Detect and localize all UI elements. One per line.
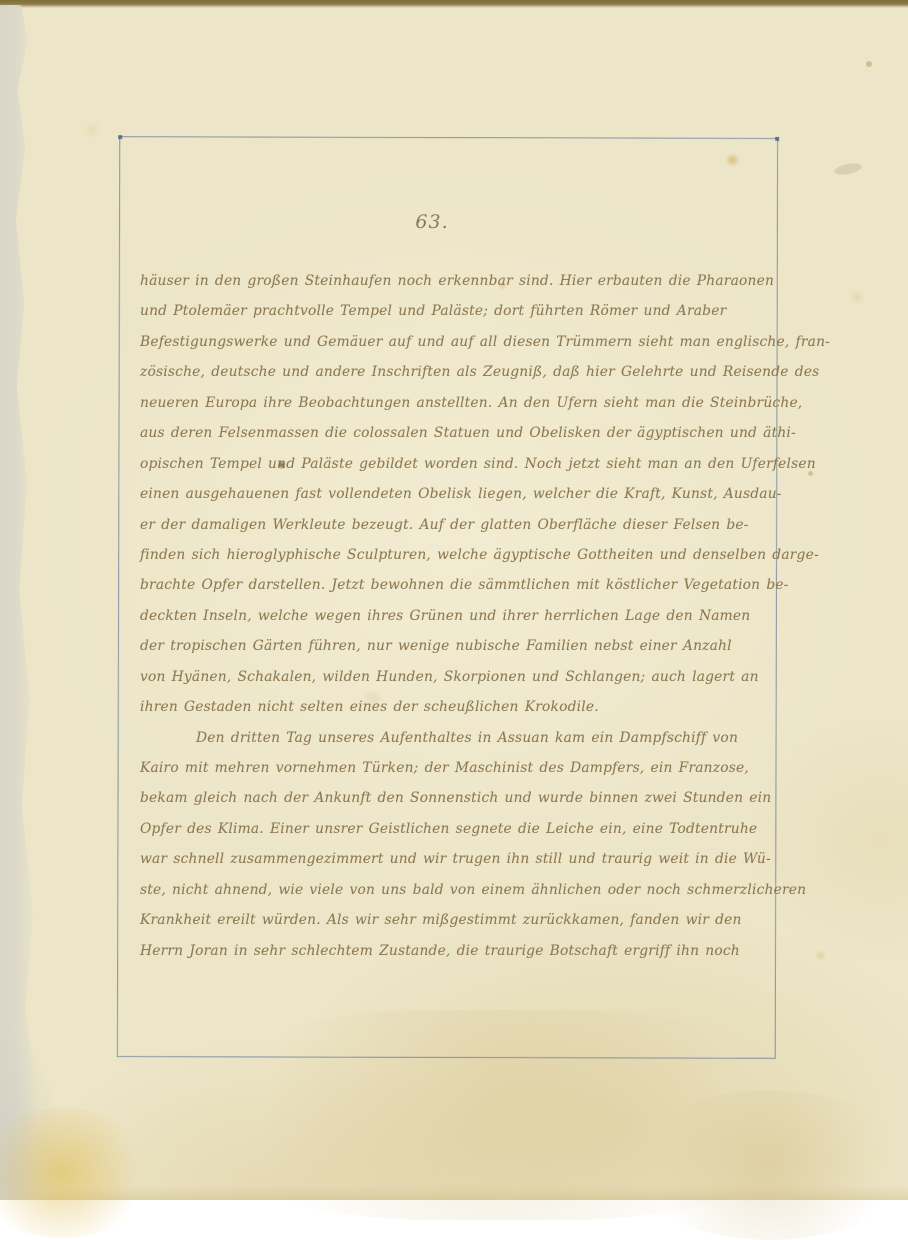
manuscript-line: häuser in den großen Steinhaufen noch er… xyxy=(140,266,768,296)
manuscript-line: Krankheit ereilt würden. Als wir sehr mi… xyxy=(140,905,768,935)
manuscript-line: opischen Tempel und Paläste gebildet wor… xyxy=(140,449,768,479)
manuscript-line: von Hyänen, Schakalen, wilden Hunden, Sk… xyxy=(140,662,768,692)
manuscript-line: und Ptolemäer prachtvolle Tempel und Pal… xyxy=(140,296,768,326)
manuscript-line: war schnell zusammengezimmert und wir tr… xyxy=(140,844,768,874)
aging-stain xyxy=(630,1090,908,1200)
manuscript-line: brachte Opfer darstellen. Jetzt bewohnen… xyxy=(140,570,768,600)
manuscript-line: ste, nicht ahnend, wie viele von uns bal… xyxy=(140,875,768,905)
manuscript-line: Opfer des Klima. Einer unsrer Geistliche… xyxy=(140,814,768,844)
page-number: 63. xyxy=(118,211,746,233)
manuscript-line: er der damaligen Werkleute bezeugt. Auf … xyxy=(140,510,768,540)
paragraph-2: Den dritten Tag unseres Aufenthaltes in … xyxy=(140,723,768,967)
manuscript-line: Herrn Joran in sehr schlechtem Zustande,… xyxy=(140,936,768,966)
handwritten-text-block: häuser in den großen Steinhaufen noch er… xyxy=(140,266,768,966)
foxing-spot xyxy=(82,122,102,138)
manuscript-line: aus deren Felsenmassen die colossalen St… xyxy=(140,418,768,448)
manuscript-line: zösische, deutsche und andere Inschrifte… xyxy=(140,357,768,387)
manuscript-line: der tropischen Gärten führen, nur wenige… xyxy=(140,631,768,661)
foxing-spot xyxy=(866,61,872,67)
manuscript-line: Kairo mit mehren vornehmen Türken; der M… xyxy=(140,753,768,783)
manuscript-line: bekam gleich nach der Ankunft den Sonnen… xyxy=(140,783,768,813)
manuscript-line: finden sich hieroglyphische Sculpturen, … xyxy=(140,540,768,570)
paragraph-1: häuser in den großen Steinhaufen noch er… xyxy=(140,266,768,723)
manuscript-line: Befestigungswerke und Gemäuer auf und au… xyxy=(140,327,768,357)
page-deckle-edge-lower xyxy=(0,960,78,1200)
manuscript-line: neueren Europa ihre Beobachtungen anstel… xyxy=(140,388,768,418)
manuscript-line: deckten Inseln, welche wegen ihres Grüne… xyxy=(140,601,768,631)
manuscript-line: ihren Gestaden nicht selten eines der sc… xyxy=(140,692,768,722)
manuscript-page: 63. häuser in den großen Steinhaufen noc… xyxy=(0,0,908,1200)
smudge xyxy=(833,161,862,177)
manuscript-line: einen ausgehauenen fast vollendeten Obel… xyxy=(140,479,768,509)
foxing-spot xyxy=(848,290,866,304)
foxing-spot xyxy=(814,950,827,961)
manuscript-line: Den dritten Tag unseres Aufenthaltes in … xyxy=(140,723,768,753)
